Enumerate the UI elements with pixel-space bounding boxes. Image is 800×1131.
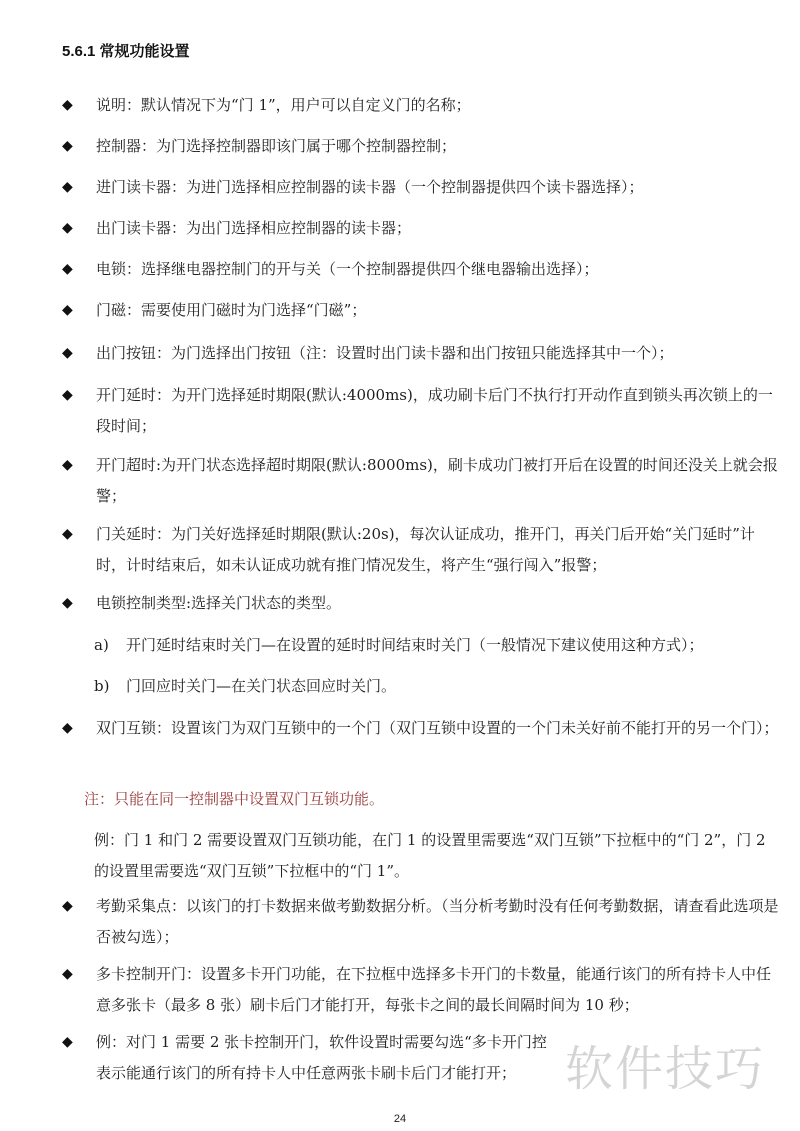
list-item: ◆ 多卡控制开门：设置多卡开门功能，在下拉框中选择多卡开门的卡数量，能通行该门的…	[62, 959, 782, 1021]
diamond-bullet-icon: ◆	[62, 295, 73, 326]
sub-list-item: a)开门延时结束时关门—在设置的延时时间结束时关门（一般情况下建议使用这种方式）…	[94, 630, 784, 661]
page-number: 24	[0, 1113, 800, 1125]
list-item: ◆ 考勤采集点：以该门的打卡数据来做考勤数据分析。（当分析考勤时没有任何考勤数据…	[62, 891, 782, 953]
diamond-bullet-icon: ◆	[62, 891, 73, 922]
list-item: ◆ 门关延时：为门关好选择延时期限(默认:20s)，每次认证成功，推开门，再关门…	[62, 519, 782, 581]
list-item: ◆ 开门超时:为开门状态选择超时期限(默认:8000ms)，刷卡成功门被打开后在…	[62, 450, 782, 512]
list-item: ◆ 开门延时：为开门选择延时期限(默认:4000ms)，成功刷卡后门不执行打开动…	[62, 380, 782, 442]
diamond-bullet-icon: ◆	[62, 338, 73, 369]
diamond-bullet-icon: ◆	[62, 519, 73, 550]
list-item: ◆ 门磁：需要使用门磁时为门选择“门磁”；	[62, 295, 782, 326]
diamond-bullet-icon: ◆	[62, 254, 73, 285]
list-item: ◆ 双门互锁：设置该门为双门互锁中的一个门（双门互锁中设置的一个门未关好前不能打…	[62, 713, 782, 744]
list-item: ◆ 电锁：选择继电器控制门的开与关（一个控制器提供四个继电器输出选择）；	[62, 254, 782, 285]
section-heading: 5.6.1 常规功能设置	[62, 40, 190, 61]
diamond-bullet-icon: ◆	[62, 131, 73, 162]
diamond-bullet-icon: ◆	[62, 90, 73, 121]
list-item: ◆ 出门读卡器：为出门选择相应控制器的读卡器；	[62, 213, 782, 244]
sub-list-item: b)门回应时关门—在关门状态回应时关门。	[94, 671, 784, 702]
example-text: 例：门 1 和门 2 需要设置双门互锁功能，在门 1 的设置里需要选“双门互锁”…	[94, 825, 784, 887]
note-text: 注：只能在同一控制器中设置双门互锁功能。	[84, 784, 384, 815]
list-item: ◆ 控制器：为门选择控制器即该门属于哪个控制器控制；	[62, 131, 782, 162]
diamond-bullet-icon: ◆	[62, 380, 73, 411]
diamond-bullet-icon: ◆	[62, 959, 73, 990]
list-item: ◆ 电锁控制类型:选择关门状态的类型。	[62, 588, 782, 619]
list-item: ◆ 例：对门 1 需要 2 张卡控制开门，软件设置时需要勾选“多卡开门控 表示能…	[62, 1027, 562, 1089]
diamond-bullet-icon: ◆	[62, 450, 73, 481]
diamond-bullet-icon: ◆	[62, 1027, 73, 1058]
list-item: ◆ 说明：默认情况下为“门 1”，用户可以自定义门的名称；	[62, 90, 782, 121]
list-item: ◆ 出门按钮：为门选择出门按钮（注：设置时出门读卡器和出门按钮只能选择其中一个）…	[62, 338, 782, 369]
list-item: ◆ 进门读卡器：为进门选择相应控制器的读卡器（一个控制器提供四个读卡器选择）；	[62, 172, 782, 203]
watermark: 软件技巧	[565, 1030, 765, 1099]
diamond-bullet-icon: ◆	[62, 213, 73, 244]
diamond-bullet-icon: ◆	[62, 588, 73, 619]
diamond-bullet-icon: ◆	[62, 172, 73, 203]
diamond-bullet-icon: ◆	[62, 713, 73, 744]
